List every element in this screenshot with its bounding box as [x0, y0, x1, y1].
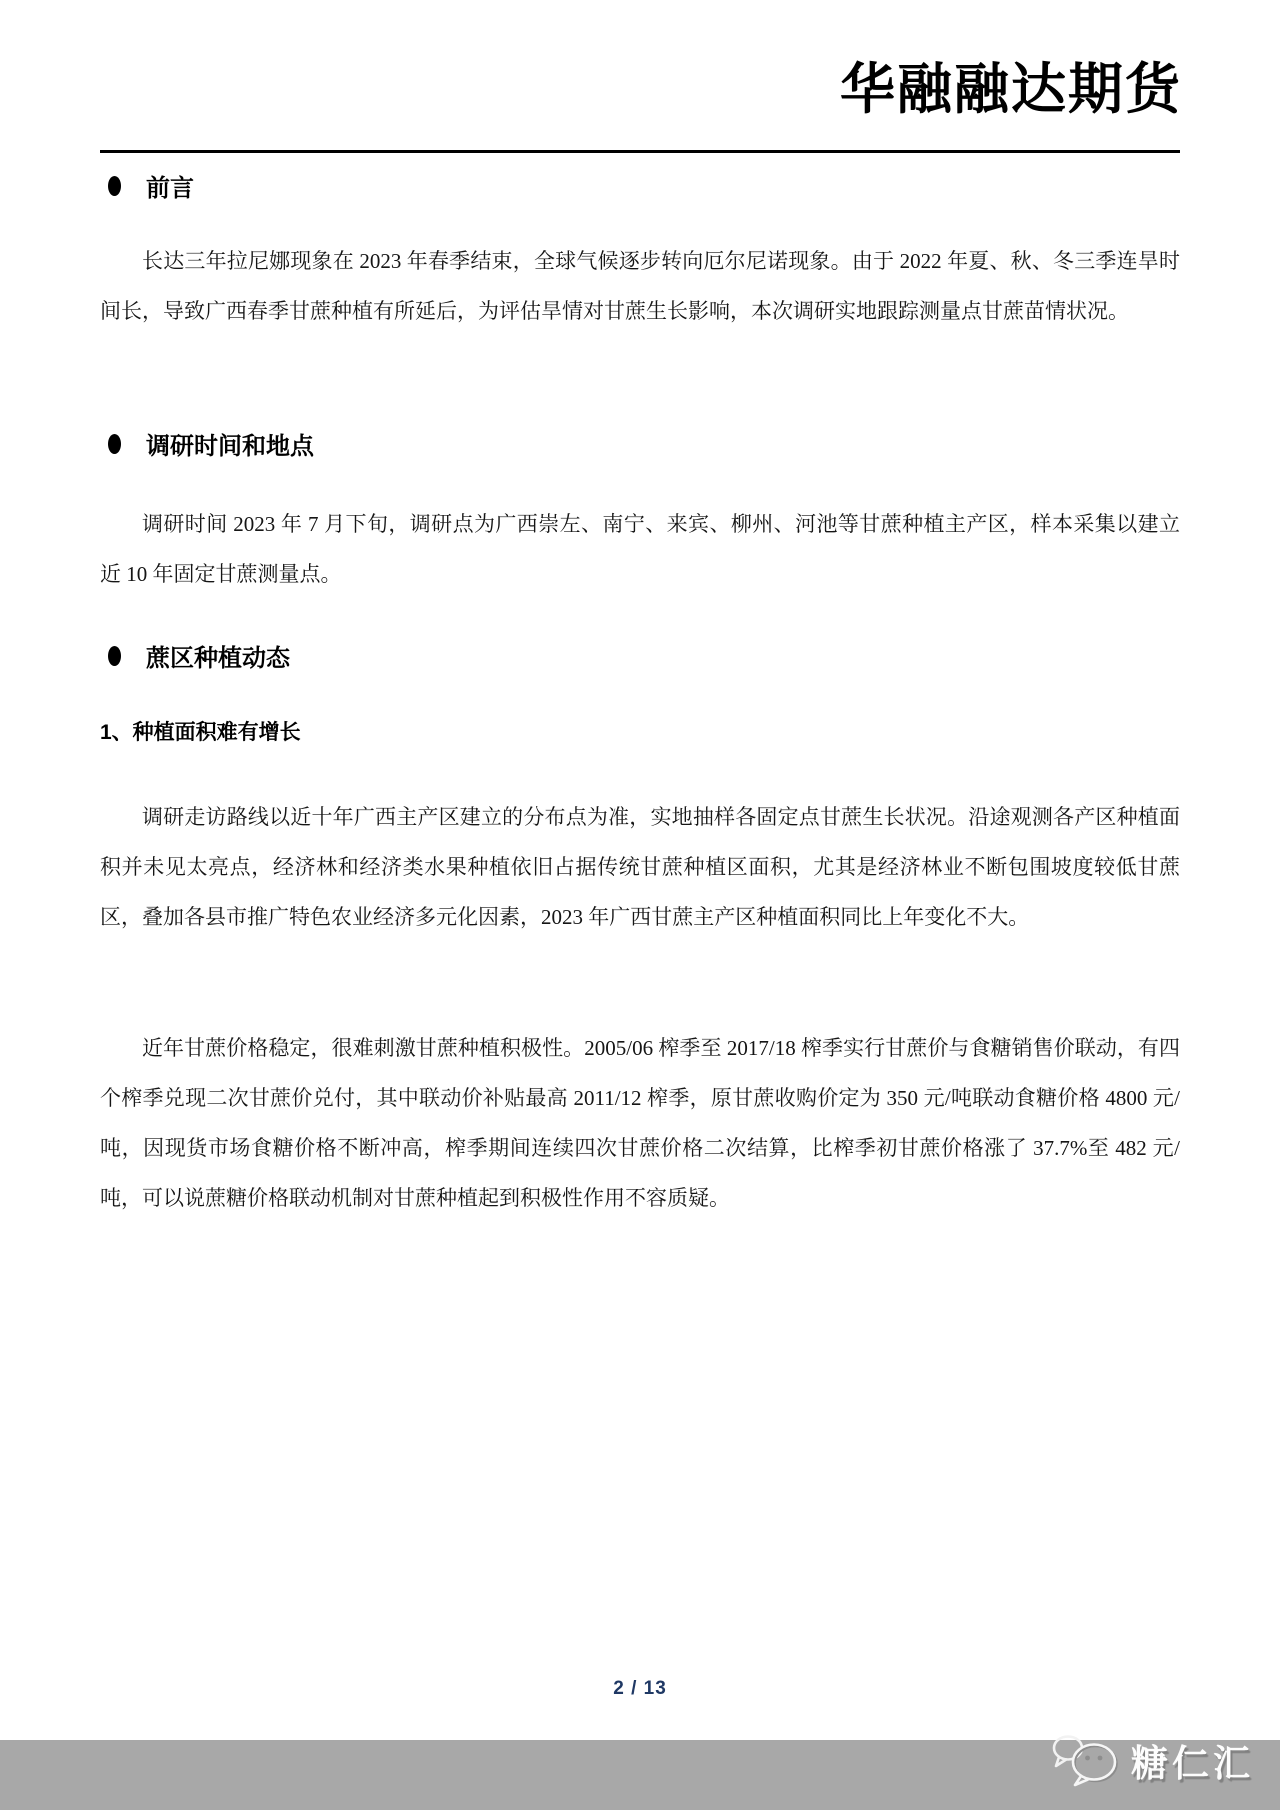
- footer-strip: 糖仁汇: [0, 1740, 1280, 1810]
- brand-title: 华融融达期货: [840, 60, 1182, 121]
- document-page: 华融融达期货 前言 长达三年拉尼娜现象在 2023 年春季结束，全球气候逐步转向…: [0, 0, 1280, 1810]
- page-number: 2 / 13: [0, 1678, 1280, 1700]
- watermark-text: 糖仁汇: [1131, 1733, 1254, 1787]
- paragraph-preface: 长达三年拉尼娜现象在 2023 年春季结束，全球气候逐步转向厄尔尼诺现象。由于 …: [100, 236, 1180, 336]
- section-heading-planting-dynamics: 蔗区种植动态: [108, 638, 290, 673]
- paragraph-area-growth: 调研走访路线以近十年广西主产区建立的分布点为准，实地抽样各固定点甘蔗生长状况。沿…: [100, 792, 1180, 942]
- section-heading-preface: 前言: [108, 168, 194, 203]
- section-heading-label: 蔗区种植动态: [146, 638, 290, 673]
- paragraph-survey-time: 调研时间 2023 年 7 月下旬，调研点为广西崇左、南宁、来宾、柳州、河池等甘…: [100, 499, 1180, 599]
- section-heading-label: 调研时间和地点: [146, 426, 314, 461]
- paragraph-price-linkage: 近年甘蔗价格稳定，很难刺激甘蔗种植积极性。2005/06 榨季至 2017/18…: [100, 1023, 1180, 1223]
- bullet-icon: [108, 646, 121, 666]
- header-divider: [100, 150, 1180, 153]
- bullet-icon: [108, 176, 121, 196]
- watermark-logo: 糖仁汇: [1051, 1732, 1254, 1788]
- bullet-icon: [108, 434, 121, 454]
- subsection-heading-area-growth: 1、种植面积难有增长: [100, 716, 301, 746]
- section-heading-label: 前言: [146, 168, 194, 203]
- section-heading-survey-time: 调研时间和地点: [108, 426, 314, 461]
- chat-bubbles-icon: [1051, 1733, 1121, 1787]
